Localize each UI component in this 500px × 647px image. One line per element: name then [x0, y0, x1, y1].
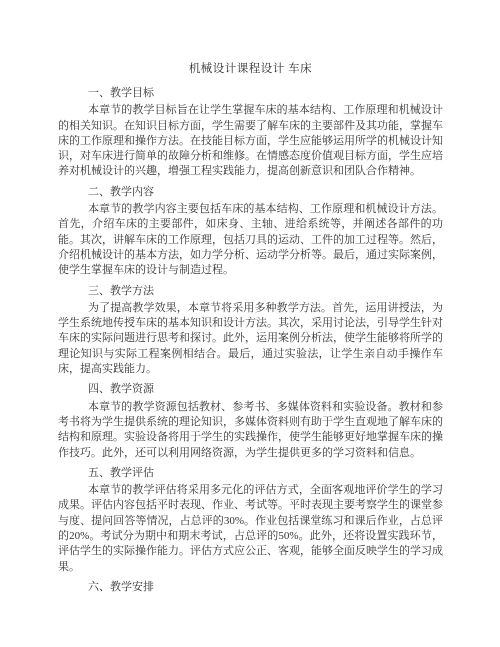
- document-page: 机械设计课程设计 车床 一、教学目标 本章节的教学目标旨在让学生掌握车床的基本结…: [0, 0, 500, 647]
- section-teaching-objectives: 一、教学目标 本章节的教学目标旨在让学生掌握车床的基本结构、工作原理和机械设计的…: [58, 86, 443, 180]
- section-paragraph-evaluation: 本章节的教学评估将采用多元化的评估方式，全面客观地评价学生的学习成果。评估内容包…: [58, 483, 443, 575]
- section-teaching-schedule: 六、教学安排: [58, 580, 443, 595]
- section-heading-objectives: 一、教学目标: [58, 86, 443, 101]
- section-teaching-evaluation: 五、教学评估 本章节的教学评估将采用多元化的评估方式，全面客观地评价学生的学习成…: [58, 466, 443, 575]
- document-title: 机械设计课程设计 车床: [58, 62, 443, 77]
- section-heading-schedule: 六、教学安排: [58, 580, 443, 595]
- section-paragraph-content: 本章节的教学内容主要包括车床的基本结构、工作原理和机械设计方法。首先，介绍车床的…: [58, 202, 443, 278]
- section-heading-methods: 三、教学方法: [58, 284, 443, 299]
- section-heading-evaluation: 五、教学评估: [58, 466, 443, 481]
- section-paragraph-objectives: 本章节的教学目标旨在让学生掌握车床的基本结构、工作原理和机械设计的相关知识。在知…: [58, 103, 443, 179]
- section-paragraph-resources: 本章节的教学资源包括教材、参考书、多媒体资料和实验设备。教材和参考书将为学生提供…: [58, 400, 443, 461]
- section-heading-content: 二、教学内容: [58, 185, 443, 200]
- section-heading-resources: 四、教学资源: [58, 382, 443, 397]
- section-paragraph-methods: 为了提高教学效果，本章节将采用多种教学方法。首先，运用讲授法，为学生系统地传授车…: [58, 301, 443, 377]
- section-teaching-content: 二、教学内容 本章节的教学内容主要包括车床的基本结构、工作原理和机械设计方法。首…: [58, 185, 443, 279]
- section-teaching-methods: 三、教学方法 为了提高教学效果，本章节将采用多种教学方法。首先，运用讲授法，为学…: [58, 284, 443, 378]
- section-teaching-resources: 四、教学资源 本章节的教学资源包括教材、参考书、多媒体资料和实验设备。教材和参考…: [58, 382, 443, 460]
